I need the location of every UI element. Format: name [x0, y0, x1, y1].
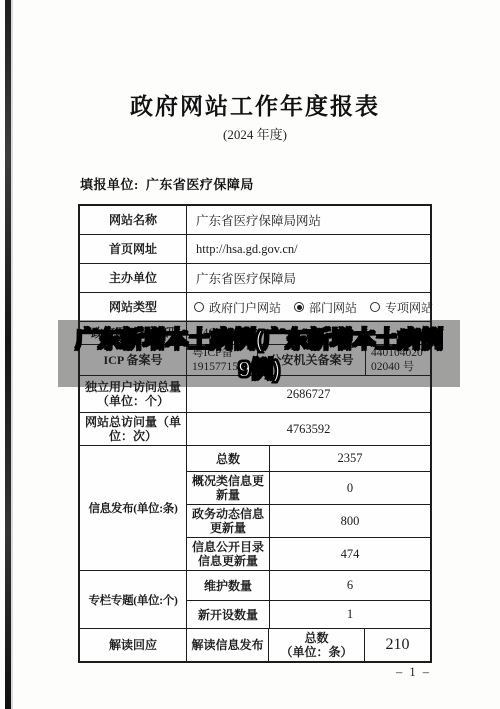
- reporting-unit-line: 填报单位:广东省医疗保障局: [80, 174, 254, 193]
- site-code-label: 政府网站标识码: [80, 322, 186, 344]
- info-total-value: 2357: [269, 446, 430, 471]
- maintained-count-label: 维护数量: [187, 571, 269, 600]
- row-interpretation: 解读回应 解读信息发布 总数 （单位：条） 210: [80, 628, 430, 661]
- info-overview-label: 概况类信息更新量: [187, 472, 269, 504]
- page-number: – 1 –: [396, 665, 431, 680]
- page-title: 政府网站工作年度报表: [10, 88, 500, 121]
- info-directory-label: 信息公开目录信息更新量: [187, 538, 269, 570]
- radio-unselected-icon: [194, 302, 204, 312]
- row-home-url: 首页网址 http://hsa.gd.gov.cn/: [80, 234, 430, 263]
- police-record-number: 440104020 02040 号: [365, 345, 430, 375]
- info-publish-row-news: 政务动态信息更新量 800: [187, 504, 430, 537]
- radio-selected-icon: [294, 302, 304, 312]
- icp-label: ICP 备案号: [80, 345, 186, 375]
- row-site-code: 政府网站标识码 4400000162: [80, 321, 430, 344]
- page-subtitle: (2024 年度): [10, 124, 500, 143]
- organizer-value: 广东省医疗保障局: [186, 264, 430, 292]
- police-record-label: 公安机关备案号: [257, 345, 365, 375]
- annual-report-table: 网站名称 广东省医疗保障局网站 首页网址 http://hsa.gd.gov.c…: [78, 204, 432, 663]
- option-government-portal: 政府门户网站: [194, 299, 281, 316]
- police-record-line2: 02040 号: [371, 360, 414, 374]
- home-url-value: http://hsa.gd.gov.cn/: [186, 235, 430, 263]
- unique-visitors-value: 2686727: [186, 376, 430, 412]
- icp-number-line1: 粤ICP备: [192, 346, 233, 360]
- option-special-site: 专项网站: [370, 299, 433, 316]
- interpretation-unit-line1: 总数: [304, 631, 328, 645]
- icp-number: 粤ICP备 19157715号: [186, 345, 257, 375]
- interpretation-value: 210: [364, 629, 430, 661]
- total-visits-value: 4763592: [186, 413, 430, 445]
- section-special-columns: 专栏专题(单位:个) 维护数量 6 新开设数量 1: [80, 570, 430, 628]
- unique-visitors-label: 独立用户访问总量（单位：个）: [80, 376, 186, 412]
- info-publish-row-total: 总数 2357: [187, 446, 430, 471]
- info-total-label: 总数: [187, 446, 269, 471]
- new-count-label: 新开设数量: [187, 601, 269, 628]
- info-directory-value: 474: [269, 538, 430, 570]
- radio-unselected-icon: [370, 302, 380, 312]
- maintained-count-value: 6: [269, 571, 430, 600]
- row-unique-visitors: 独立用户访问总量（单位：个） 2686727: [80, 375, 430, 412]
- option-department-site-label: 部门网站: [309, 299, 357, 316]
- info-news-value: 800: [269, 505, 430, 537]
- site-name-label: 网站名称: [80, 206, 186, 234]
- new-count-value: 1: [269, 601, 430, 628]
- scanned-report-page: 政府网站工作年度报表 (2024 年度) 填报单位:广东省医疗保障局 网站名称 …: [0, 0, 500, 709]
- row-total-visits: 网站总访问量（单位：次） 4763592: [80, 412, 430, 445]
- row-site-name: 网站名称 广东省医疗保障局网站: [80, 206, 430, 234]
- interpretation-unit-line2: （单位：条）: [280, 645, 352, 659]
- icp-number-line2: 19157715号: [192, 360, 250, 374]
- info-publish-row-overview: 概况类信息更新量 0: [187, 471, 430, 504]
- option-government-portal-label: 政府门户网站: [209, 299, 281, 316]
- site-type-label: 网站类型: [80, 293, 186, 321]
- info-publish-row-directory: 信息公开目录信息更新量 474: [187, 537, 430, 570]
- info-overview-value: 0: [269, 472, 430, 504]
- special-columns-row-new: 新开设数量 1: [187, 600, 430, 628]
- row-icp: ICP 备案号 粤ICP备 19157715号 公安机关备案号 44010402…: [80, 344, 430, 375]
- reporting-unit-label: 填报单位:: [80, 177, 139, 192]
- interpretation-label: 解读回应: [80, 629, 186, 661]
- site-name-value: 广东省医疗保障局网站: [186, 206, 430, 234]
- site-type-options: 政府门户网站 部门网站 专项网站: [186, 293, 430, 321]
- info-publish-label: 信息发布(单位:条): [80, 446, 186, 570]
- total-visits-label: 网站总访问量（单位：次）: [80, 413, 186, 445]
- option-special-site-label: 专项网站: [385, 299, 433, 316]
- row-organizer: 主办单位 广东省医疗保障局: [80, 263, 430, 292]
- home-url-label: 首页网址: [80, 235, 186, 263]
- organizer-label: 主办单位: [80, 264, 186, 292]
- interpretation-unit-label: 总数 （单位：条）: [268, 629, 364, 661]
- special-columns-subtable: 维护数量 6 新开设数量 1: [186, 571, 430, 628]
- row-site-type: 网站类型 政府门户网站 部门网站 专项网站: [80, 292, 430, 321]
- reporting-unit-value: 广东省医疗保障局: [146, 177, 254, 192]
- special-columns-label: 专栏专题(单位:个): [80, 571, 186, 628]
- option-department-site: 部门网站: [294, 299, 357, 316]
- interpretation-sub-label: 解读信息发布: [186, 629, 268, 661]
- section-info-publish: 信息发布(单位:条) 总数 2357 概况类信息更新量 0 政务动态信息更新量 …: [80, 445, 430, 570]
- info-news-label: 政务动态信息更新量: [187, 505, 269, 537]
- special-columns-row-maintained: 维护数量 6: [187, 571, 430, 600]
- site-code-value: 4400000162: [186, 322, 430, 344]
- info-publish-subtable: 总数 2357 概况类信息更新量 0 政务动态信息更新量 800 信息公开目录信…: [186, 446, 430, 570]
- police-record-line1: 440104020: [371, 346, 423, 360]
